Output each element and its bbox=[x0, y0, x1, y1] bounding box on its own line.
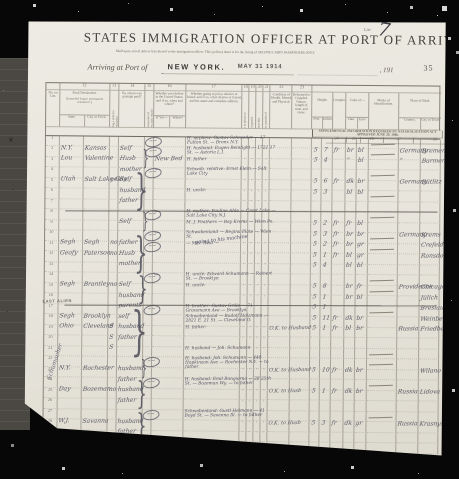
manifest-cell-cx: fr bbox=[331, 306, 344, 317]
manifest-cell-cx bbox=[331, 348, 344, 359]
handwritten-entry: 8 bbox=[320, 282, 327, 291]
handwritten-entry: Husb bbox=[117, 248, 135, 257]
manifest-cell-df bbox=[291, 243, 311, 254]
manifest-cell-st: N.Y. bbox=[58, 356, 82, 367]
manifest-cell-st: Utah bbox=[60, 167, 84, 178]
manifest-cell-st: Day bbox=[58, 377, 82, 388]
handwritten-entry: Segh bbox=[58, 237, 75, 246]
handwritten-entry: br bbox=[356, 177, 365, 186]
table-body: LAST ALIEN Schumacher going to his machi… bbox=[42, 136, 440, 454]
handwritten-entry: H. father bbox=[187, 156, 277, 161]
row-number: 28 bbox=[43, 419, 57, 430]
manifest-cell-tk: no bbox=[109, 273, 118, 284]
manifest-cell-ft: 5 bbox=[310, 358, 320, 369]
colnum-ticket: 13 bbox=[110, 84, 119, 91]
pen-flourish-line bbox=[369, 311, 393, 313]
manifest-cell-bc bbox=[396, 443, 418, 454]
handwritten-entry: 3 bbox=[321, 187, 328, 196]
manifest-cell-ff bbox=[142, 441, 151, 452]
manifest-cell-mk bbox=[368, 243, 398, 254]
manifest-cell-hr: dk bbox=[344, 380, 355, 391]
handwritten-entry: 5 bbox=[310, 281, 317, 290]
manifest-cell-bc bbox=[398, 191, 420, 202]
manifest-cell-df bbox=[291, 211, 311, 222]
handwritten-entry: br bbox=[355, 324, 364, 333]
manifest-cell-cx: fr bbox=[330, 411, 343, 422]
pen-flourish-line bbox=[370, 217, 394, 219]
handwritten-entry: dk bbox=[343, 418, 353, 427]
manifest-cell-mk bbox=[366, 432, 396, 443]
colhead-complexion: Complexion. bbox=[333, 93, 346, 130]
manifest-sheet: STATES IMMIGRATION OFFICER AT PORT OF AR… bbox=[22, 18, 450, 462]
manifest-cell-mk bbox=[368, 212, 398, 223]
manifest-cell-mk bbox=[367, 338, 397, 349]
manifest-cell-bc: Providence bbox=[398, 275, 420, 286]
handwritten-entry: self bbox=[117, 311, 130, 320]
handwritten-entry: Savanna bbox=[81, 416, 109, 425]
manifest-cell-bc: Russia bbox=[397, 380, 419, 391]
handwritten-entry: O.K. to Husb bbox=[267, 387, 301, 397]
manifest-cell-tk bbox=[107, 409, 116, 420]
handwritten-entry: fr bbox=[330, 387, 337, 396]
manifest-cell-df bbox=[289, 442, 309, 453]
manifest-cell-df bbox=[291, 274, 311, 285]
manifest-cell-bc: Russia bbox=[397, 317, 419, 328]
manifest-cell-hr: br bbox=[345, 275, 356, 286]
manifest-cell-bf bbox=[152, 326, 184, 337]
manifest-cell-rel: H. father: bbox=[184, 326, 240, 337]
row-number: 14 bbox=[45, 272, 59, 283]
row-number: 15 bbox=[45, 283, 59, 294]
handwritten-entry: 5 bbox=[311, 155, 318, 164]
manifest-cell-bt bbox=[420, 265, 440, 276]
manifest-cell-st bbox=[57, 430, 81, 441]
manifest-cell-ct: Rochester bbox=[82, 357, 108, 368]
manifest-cell-df bbox=[291, 285, 311, 296]
handwritten-entry: Jülich bbox=[419, 293, 438, 302]
manifest-cell-pd: father~~} bbox=[118, 231, 144, 242]
manifest-cell-ft: 5 bbox=[312, 169, 322, 180]
handwritten-entry: Wilano bbox=[418, 366, 441, 375]
manifest-cell-mk bbox=[368, 254, 398, 265]
manifest-cell-st bbox=[59, 199, 83, 210]
manifest-cell-df bbox=[291, 201, 311, 212]
manifest-cell-rel bbox=[185, 252, 241, 263]
manifest-cell-ey: br bbox=[357, 170, 369, 181]
handwritten-entry: 1 bbox=[320, 324, 327, 333]
manifest-cell-cx bbox=[332, 191, 345, 202]
handwritten-entry: Self bbox=[117, 280, 131, 289]
row-number: 8 bbox=[45, 209, 59, 220]
handwritten-entry: Kansas bbox=[83, 143, 107, 152]
handwritten-entry: father bbox=[117, 332, 138, 341]
manifest-cell-df bbox=[291, 190, 311, 201]
handwritten-entry: husband bbox=[118, 185, 146, 194]
manifest-cell-bt bbox=[418, 443, 438, 454]
manifest-cell-hr: dk bbox=[346, 170, 357, 181]
colhead-city: City or Town. bbox=[85, 116, 109, 127]
handwritten-entry: Self bbox=[118, 143, 132, 152]
manifest-cell-df bbox=[290, 348, 310, 359]
colhead-paid: By whom was passage paid? bbox=[119, 91, 145, 128]
handwritten-entry: 2 bbox=[320, 240, 327, 249]
colhead-birth: Place of Birth. Country. City or Town. bbox=[399, 93, 441, 130]
manifest-cell-ft bbox=[310, 400, 320, 411]
manifest-cell-hr bbox=[345, 201, 356, 212]
birth-subcolumns: Country. City or Town. bbox=[399, 117, 441, 129]
manifest-cell-mk bbox=[367, 327, 397, 338]
handwritten-entry: 5 bbox=[311, 218, 318, 227]
manifest-cell-cx bbox=[332, 201, 345, 212]
handwritten-entry: H. nephew: Gustav Schroeder — 17 Fulton … bbox=[187, 135, 277, 145]
handwritten-entry: Russia bbox=[397, 324, 419, 333]
manifest-cell-ct: Salt Lake City bbox=[84, 168, 110, 179]
handwritten-entry: 4 bbox=[321, 156, 328, 165]
colhead-height: Height. Feet. Inches. bbox=[312, 93, 333, 130]
handwritten-entry: father bbox=[118, 196, 139, 205]
colnum-q1: 18 bbox=[242, 85, 249, 92]
handwritten-entry: fr bbox=[355, 282, 362, 291]
manifest-cell-bt bbox=[420, 212, 440, 223]
manifest-cell-rel bbox=[183, 441, 239, 452]
handwritten-entry: Self bbox=[118, 217, 132, 226]
manifest-cell-ft bbox=[309, 432, 319, 443]
handwritten-entry: fr bbox=[345, 219, 352, 228]
handwritten-entry: 3 bbox=[319, 418, 326, 427]
manifest-cell-df bbox=[291, 253, 311, 264]
handwritten-entry: 5 bbox=[310, 313, 317, 322]
manifest-cell-hr bbox=[343, 432, 354, 443]
handwritten-entry: H. husband — Joh. Schumann bbox=[185, 345, 275, 350]
handwritten-entry: Ronsdorf bbox=[419, 251, 449, 261]
manifest-cell-hl bbox=[267, 442, 289, 453]
manifest-cell-bt bbox=[419, 338, 439, 349]
manifest-cell-in: 1 bbox=[320, 380, 331, 391]
handwritten-entry: 5 bbox=[311, 176, 318, 185]
last-alien-stamp: LAST ALIEN bbox=[42, 297, 72, 303]
manifest-cell-cx bbox=[332, 264, 345, 275]
manifest-cell-bf bbox=[152, 315, 184, 326]
manifest-cell-in bbox=[320, 348, 331, 359]
manifest-cell-mk bbox=[368, 222, 398, 233]
pen-flourish-line bbox=[370, 290, 394, 292]
manifest-cell-df bbox=[290, 306, 310, 317]
manifest-cell-bt bbox=[420, 191, 440, 202]
manifest-cell-bc bbox=[397, 338, 419, 349]
manifest-cell-ct: Kansas bbox=[84, 136, 110, 147]
manifest-cell-ey bbox=[355, 348, 367, 359]
handwritten-entry: Brantley bbox=[82, 279, 110, 288]
handwritten-entry: M. J. Feathers — Bay Krems — Wien Pa. bbox=[186, 219, 276, 224]
pen-flourish-line bbox=[370, 196, 394, 198]
form-title: STATES IMMIGRATION OFFICER AT PORT OF AR… bbox=[84, 30, 459, 49]
manifest-cell-bc bbox=[397, 349, 419, 360]
handwritten-entry: Lou bbox=[59, 153, 73, 162]
handwritten-entry: gr bbox=[355, 240, 364, 249]
handwritten-entry: Segh bbox=[58, 311, 75, 320]
handwritten-entry: br bbox=[344, 292, 353, 301]
handwritten-entry: 6 bbox=[321, 177, 328, 186]
pen-flourish-line bbox=[370, 280, 394, 282]
manifest-cell-st bbox=[58, 398, 82, 409]
manifest-cell-mk bbox=[367, 369, 397, 380]
pen-flourish-line bbox=[369, 364, 393, 366]
handwritten-entry: Barmen bbox=[420, 156, 446, 165]
row-number: 3 bbox=[46, 157, 60, 168]
handwritten-entry: 5 bbox=[311, 145, 318, 154]
row-number: 27 bbox=[43, 409, 57, 420]
manifest-cell-ft: 5 bbox=[309, 411, 319, 422]
row-number: 2 bbox=[46, 146, 60, 157]
colhead-destination: Final Destination. (Intended future perm… bbox=[60, 90, 110, 127]
handwritten-entry: 1 bbox=[319, 387, 326, 396]
form-subtitle: Shall upon arrival deliver lists thereof… bbox=[116, 50, 386, 59]
handwritten-entry: bl bbox=[344, 324, 352, 333]
manifest-cell-df bbox=[292, 148, 312, 159]
manifest-cell-bf bbox=[151, 420, 183, 431]
handwritten-entry: bl bbox=[344, 250, 352, 259]
row-number: 25 bbox=[44, 388, 58, 399]
handwritten-entry: 1 bbox=[320, 250, 327, 259]
colnum-complexion: 25 bbox=[347, 136, 361, 142]
manifest-cell-hl bbox=[269, 253, 291, 264]
handwritten-entry: mother bbox=[117, 259, 141, 268]
handwritten-entry: 7 bbox=[321, 145, 328, 154]
manifest-cell-q1 bbox=[239, 442, 246, 453]
manifest-cell-st: Segh bbox=[59, 230, 83, 241]
manifest-cell-rel bbox=[183, 420, 239, 431]
manifest-cell-pd: Self~~} bbox=[118, 273, 144, 284]
manifest-cell-bc: Germany bbox=[398, 223, 420, 234]
manifest-cell-ey: fr bbox=[356, 275, 368, 286]
manifest-cell-mk bbox=[367, 306, 397, 317]
manifest-cell-mk bbox=[368, 191, 398, 202]
handwritten-entry: Schwab. relative: Ernst Klein — Salt Lak… bbox=[187, 167, 277, 177]
row-number: 18 bbox=[44, 314, 58, 325]
row-number: 6 bbox=[45, 188, 59, 199]
manifest-cell-bc bbox=[398, 265, 420, 276]
row-number: 1 bbox=[46, 136, 60, 147]
handwritten-entry: 5 bbox=[310, 302, 317, 311]
row-number: 30 bbox=[43, 440, 57, 451]
handwritten-entry: br bbox=[354, 387, 363, 396]
manifest-cell-ct bbox=[83, 262, 109, 273]
handwritten-entry: bl bbox=[356, 156, 364, 165]
row-number: 19 bbox=[44, 325, 58, 336]
manifest-cell-pd: husband~~} bbox=[116, 409, 142, 420]
manifest-cell-df bbox=[291, 232, 311, 243]
margin-pen-mark: · bbox=[12, 186, 14, 194]
supplemental-numbers: 24 25 26 27 28 bbox=[326, 136, 456, 144]
manifest-cell-cx: fr bbox=[332, 212, 345, 223]
manifest-cell-mk bbox=[369, 170, 399, 181]
margin-pen-mark: · bbox=[6, 308, 8, 316]
manifest-cell-bf bbox=[153, 294, 185, 305]
handwritten-entry: Segh bbox=[82, 237, 99, 246]
manifest-cell-df bbox=[290, 400, 310, 411]
handwritten-entry: Utah bbox=[59, 174, 76, 183]
manifest-cell-mk bbox=[367, 317, 397, 328]
manifest-cell-pd bbox=[116, 441, 142, 452]
handwritten-entry: Segh bbox=[58, 279, 75, 288]
manifest-cell-ct: Segh bbox=[83, 231, 109, 242]
handwritten-entry: dk bbox=[345, 177, 355, 186]
handwritten-entry: bl bbox=[356, 145, 364, 154]
handwritten-entry: bl bbox=[355, 261, 363, 270]
manifest-cell-ct: Brantley bbox=[83, 273, 109, 284]
manifest-cell-cx bbox=[332, 275, 345, 286]
handwritten-entry: Schwabenland — Rudolf Holzmann — 2821 E.… bbox=[185, 314, 275, 324]
manifest-cell-mk bbox=[367, 348, 397, 359]
row-number: 11 bbox=[45, 241, 59, 252]
handwritten-entry: bl bbox=[356, 219, 364, 228]
ditto-mark: " bbox=[247, 441, 251, 446]
manifest-cell-mk bbox=[368, 275, 398, 286]
handwritten-entry: 5 bbox=[310, 239, 317, 248]
handwritten-entry: H. husband: Emil Bongiorno — 28 25th St.… bbox=[185, 377, 275, 387]
handwritten-entry: 5 bbox=[309, 365, 316, 374]
manifest-cell-ey: bl bbox=[356, 212, 368, 223]
manifest-cell-ct bbox=[82, 346, 108, 357]
colnum-q4: 21 bbox=[263, 85, 270, 92]
colhead-health: Condition of Health, Mental and Physical… bbox=[270, 92, 292, 129]
manifest-cell-bf: — bbox=[153, 263, 185, 274]
manifest-table: 12 13 14 15 16 17 18 19 20 21 22 23 No. … bbox=[42, 82, 440, 454]
manifest-cell-ft: 5 bbox=[311, 274, 321, 285]
pen-flourish-line bbox=[370, 248, 394, 250]
manifest-cell-ct bbox=[81, 440, 107, 451]
handwritten-entry: H. father: bbox=[185, 324, 275, 329]
handwritten-entry: br bbox=[345, 145, 354, 154]
handwritten-entry: dk bbox=[343, 366, 353, 375]
manifest-cell-tk: no bbox=[109, 231, 118, 242]
manifest-cell-df bbox=[292, 180, 312, 191]
handwritten-entry: gr bbox=[355, 250, 364, 259]
colhead-eyes: Eyes. bbox=[358, 118, 369, 129]
row-number: 26 bbox=[44, 398, 58, 409]
handwritten-entry: 1 bbox=[320, 292, 327, 301]
manifest-cell-cx bbox=[331, 338, 344, 349]
manifest-cell-bt bbox=[419, 401, 439, 412]
manifest-cell-cx bbox=[333, 159, 346, 170]
manifest-cell-in bbox=[319, 432, 330, 443]
table-header: 12 13 14 15 16 17 18 19 20 21 22 23 No. … bbox=[45, 82, 440, 139]
handwritten-entry: Ohio bbox=[58, 321, 74, 330]
manifest-cell-ft: 5 bbox=[310, 379, 320, 390]
handwritten-entry: 5 bbox=[311, 187, 318, 196]
manifest-cell-bf bbox=[154, 179, 186, 190]
manifest-cell-cx: fr bbox=[333, 170, 346, 181]
microfilm-scan: { "colors":{"paper":"#e9e6de","ink":"#50… bbox=[0, 0, 459, 479]
handwritten-entry: Lidova bbox=[418, 387, 440, 396]
colhead-before-yes: If Yes— bbox=[154, 116, 170, 127]
pen-flourish-line bbox=[369, 353, 393, 355]
handwritten-entry: fr bbox=[330, 366, 337, 375]
handwritten-entry: Friedberg bbox=[419, 324, 452, 334]
handwritten-entry: O.K. to Husb bbox=[267, 418, 301, 428]
handwritten-entry: W.J. bbox=[57, 416, 70, 425]
handwritten-entry: fr bbox=[331, 324, 338, 333]
handwritten-entry: br bbox=[355, 313, 364, 322]
manifest-cell-bc bbox=[398, 212, 420, 223]
manifest-cell-in: 6 bbox=[322, 170, 333, 181]
pen-flourish-line bbox=[369, 385, 393, 387]
handwritten-entry: " bbox=[398, 156, 403, 165]
manifest-cell-tk bbox=[107, 441, 116, 452]
colhead-feet: Feet. bbox=[312, 118, 323, 129]
manifest-cell-mk bbox=[369, 180, 399, 191]
manifest-cell-bc bbox=[397, 401, 419, 412]
family-group-brace: } bbox=[137, 379, 147, 411]
colnum-birth: 28 bbox=[414, 137, 455, 143]
manifest-cell-st bbox=[59, 188, 83, 199]
handwritten-entry: 3 bbox=[321, 229, 328, 238]
colhead-state: State. bbox=[60, 115, 85, 126]
manifest-cell-hr: fr bbox=[345, 212, 356, 223]
handwritten-entry: Russia bbox=[396, 387, 418, 396]
manifest-cell-st bbox=[57, 440, 81, 451]
manifest-cell-rel: H. uncle: bbox=[185, 189, 241, 200]
family-group-brace: } bbox=[136, 410, 146, 442]
manifest-cell-bt: Krems bbox=[420, 223, 440, 234]
manifest-cell-st bbox=[59, 262, 83, 273]
manifest-cell-bt: Bütlitz bbox=[421, 170, 441, 181]
colnum-marks: 27 bbox=[384, 137, 414, 143]
pen-flourish-line bbox=[369, 416, 393, 418]
manifest-cell-mk bbox=[368, 233, 398, 244]
manifest-cell-q4 bbox=[260, 442, 267, 453]
manifest-cell-st: Segh bbox=[59, 272, 83, 283]
manifest-cell-bf bbox=[153, 252, 185, 263]
manifest-cell-ey: gr bbox=[354, 411, 366, 422]
manifest-cell-hr: dk bbox=[344, 306, 355, 317]
manifest-cell-hr bbox=[344, 401, 355, 412]
manifest-cell-hr bbox=[344, 348, 355, 359]
manifest-cell-bf bbox=[151, 431, 183, 442]
handwritten-entry: 4 bbox=[320, 261, 327, 270]
manifest-cell-q2 bbox=[246, 442, 253, 453]
manifest-cell-ft bbox=[309, 442, 319, 453]
manifest-cell-q3 bbox=[253, 442, 260, 453]
colhead-inches: Inches. bbox=[323, 118, 333, 129]
before-subcolumns: If Yes— Where? bbox=[154, 115, 185, 127]
manifest-cell-bc bbox=[397, 359, 419, 370]
colhead-no: No. on List. bbox=[46, 90, 60, 127]
manifest-cell-ft bbox=[310, 348, 320, 359]
manifest-cell-bf bbox=[152, 368, 184, 379]
manifest-cell-cx bbox=[332, 285, 345, 296]
handwritten-entry: New Bed bbox=[153, 154, 183, 164]
colnum-fifty: 15 bbox=[145, 84, 154, 91]
manifest-cell-mk bbox=[369, 149, 399, 160]
handwritten-entry: fr bbox=[332, 219, 339, 228]
manifest-cell-rel bbox=[184, 389, 240, 400]
handwritten-entry: fr bbox=[331, 250, 338, 259]
handwritten-entry: 2 bbox=[321, 219, 328, 228]
color-subcolumns: Hair. Eyes. bbox=[346, 117, 368, 129]
year-suffix: , 191 bbox=[380, 66, 394, 74]
manifest-cell-bc bbox=[397, 307, 419, 318]
manifest-cell-tk bbox=[110, 136, 119, 147]
manifest-cell-bc: Russia bbox=[396, 412, 418, 423]
handwritten-entry: Rochester bbox=[81, 363, 114, 373]
handwritten-entry: 5 bbox=[310, 292, 317, 301]
pen-flourish-line bbox=[371, 175, 395, 177]
manifest-cell-ct bbox=[83, 199, 109, 210]
handwritten-entry: " bbox=[345, 156, 350, 165]
handwritten-entry: father bbox=[116, 395, 137, 404]
handwritten-entry: Bütlitz bbox=[420, 177, 442, 186]
